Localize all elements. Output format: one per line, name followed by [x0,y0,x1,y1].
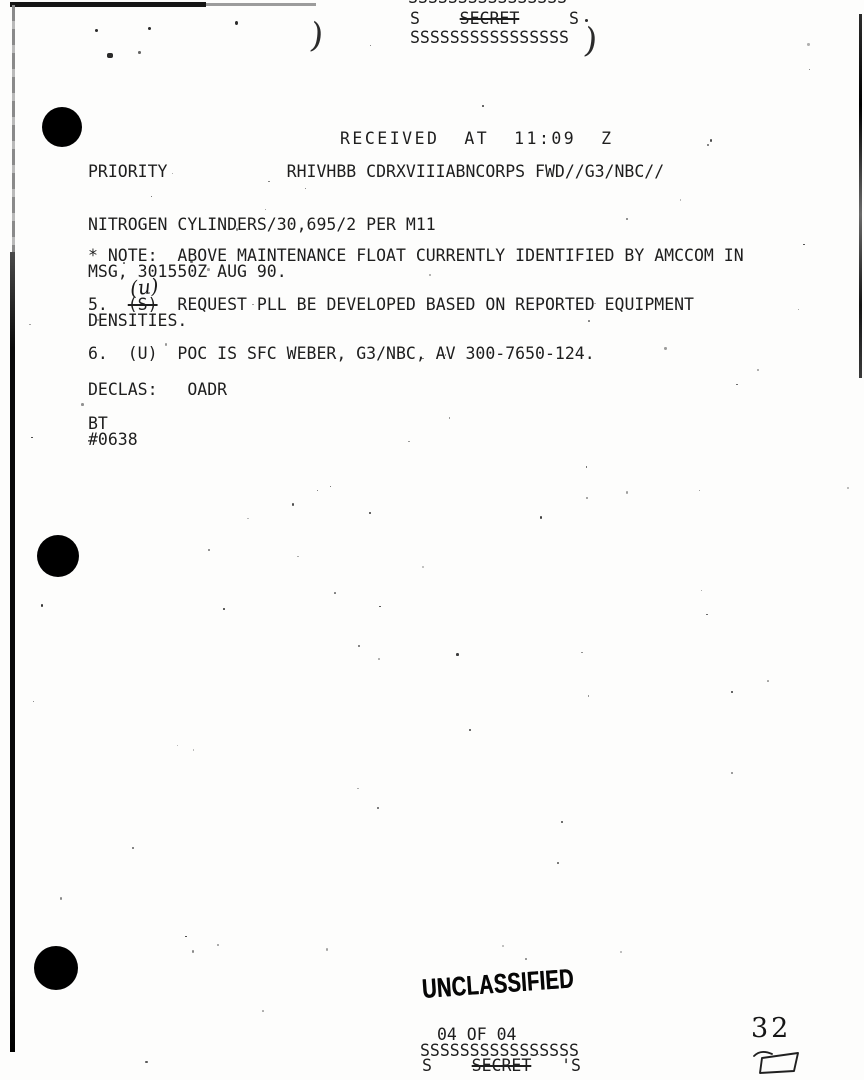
scan-speckle [190,261,192,263]
scan-speckle [235,21,238,25]
scan-speckle [809,69,810,70]
scan-speckle [358,645,360,647]
bt-and-message-number: BT #0638 [88,416,138,448]
scan-speckle [482,105,484,107]
scan-speckle [588,695,589,696]
scan-speckle [297,556,298,557]
scan-speckle [798,309,799,310]
scan-speckle [469,729,471,731]
scan-speckle [81,403,84,406]
scan-speckle [731,691,733,693]
scan-speckle [357,788,359,790]
scan-speckle [581,652,583,654]
footer-classification-prefix: S [422,1056,472,1075]
scan-speckle [330,486,332,488]
paragraph-5-text: REQUEST PLL BE DEVELOPED BASED ON REPORT… [88,295,694,330]
footer-classification-line: S SECRET 'S [422,1058,581,1074]
scan-speckle [334,592,336,594]
subject-line: NITROGEN CYLINDERS/30,695/2 PER M11 [88,217,436,233]
scan-speckle [767,680,769,682]
scan-speckle [626,218,628,220]
scan-speckle [185,936,186,937]
scan-speckle [60,897,62,899]
scan-speckle [525,958,527,960]
scan-speckle [807,43,809,45]
scan-speckle [620,951,622,953]
scan-speckle [699,490,700,491]
scan-speckle [731,772,733,774]
scan-edge-top-faded [206,3,316,6]
header-s-line: SSSSSSSSSSSSSSSS [410,30,569,46]
priority-routing-line: PRIORITY RHIVHBB CDRXVIIIABNCORPS FWD//G… [88,164,664,180]
scan-speckle [268,181,270,183]
scan-speckle [701,590,702,591]
punch-hole-middle [37,535,79,577]
scan-speckle [31,437,32,438]
scan-speckle [586,466,588,468]
scan-edge-right [859,14,862,378]
punch-hole-top [42,107,82,147]
scan-speckle [223,608,225,610]
paragraph-6: 6. (U) POC IS SFC WEBER, G3/NBC, AV 300-… [88,346,595,362]
scan-speckle [262,1010,264,1012]
classification-suffix: S [519,9,579,28]
scanned-document-page: SSSSSSSSSSSSSSSS S SECRET S SSSSSSSSSSSS… [0,0,864,1080]
scan-speckle [422,566,424,568]
scan-speckle [710,139,713,142]
handwritten-box-doodle [750,1045,808,1079]
ink-blot [107,53,113,58]
paragraph-5: 5. (S) REQUEST PLL BE DEVELOPED BASED ON… [88,297,694,329]
scan-speckle [847,487,849,489]
scan-speckle [29,324,31,326]
scan-speckle [132,847,134,849]
scan-speckle [706,614,708,616]
scan-speckle [540,516,542,518]
footer-classification-word-struck: SECRET [472,1056,532,1075]
scan-speckle [95,29,98,32]
scan-speckle [33,701,34,702]
declas-line: DECLAS: OADR [88,382,227,398]
pen-mark-paren-left: ) [308,18,325,53]
note-paragraph: * NOTE: ABOVE MAINTENANCE FLOAT CURRENTL… [88,248,744,280]
scan-speckle [379,606,381,608]
unclassified-stamp: UNCLASSIFIED [421,965,575,1003]
scan-speckle [192,950,194,952]
footer-classification-suffix: 'S [531,1056,581,1075]
scan-speckle [305,188,306,189]
scan-speckle [193,749,195,751]
scan-speckle [460,977,461,978]
scan-speckle [145,1061,148,1064]
scan-speckle [265,209,266,210]
scan-edge-top [10,2,206,7]
punch-hole-bottom [34,946,78,990]
scan-speckle [456,653,459,656]
classification-word-struck: SECRET [460,9,520,28]
scan-speckle [586,497,588,499]
scan-speckle [317,490,318,491]
header-s-line-clipped: SSSSSSSSSSSSSSSS [408,0,567,6]
scan-speckle [208,549,210,551]
classification-prefix: S [410,9,460,28]
scan-speckle [370,45,371,46]
scan-speckle [736,384,737,385]
scan-speckle [217,944,219,946]
received-timestamp-line: RECEIVED AT 11:09 Z [340,131,614,147]
scan-speckle [561,821,562,822]
scan-speckle [803,244,805,246]
scan-edge-left [10,252,15,1052]
scan-speckle [707,144,709,146]
scan-speckle [41,604,43,606]
scan-speckle [445,354,446,355]
scan-speckle [165,343,167,345]
scan-speckle [626,491,629,494]
scan-speckle [757,369,759,371]
scan-speckle [680,199,681,200]
scan-speckle [449,417,451,419]
scan-speckle [664,347,666,349]
scan-speckle [502,945,504,947]
handwritten-page-number: 32 [751,1015,791,1042]
scan-speckle [369,512,371,514]
scan-speckle [177,745,178,746]
scan-edge-left-faded [12,5,15,255]
pen-mark-paren-right: ) [582,23,599,58]
scan-speckle [172,173,173,174]
scan-speckle [557,862,559,864]
scan-speckle [326,948,328,950]
scan-speckle [151,196,152,197]
scan-speckle [247,518,248,519]
scan-speckle [138,51,141,54]
scan-speckle [588,320,590,322]
scan-speckle [292,503,294,505]
header-classification-line: S SECRET S [410,11,579,27]
scan-speckle [148,27,151,30]
scan-speckle [378,658,380,660]
scan-speckle [207,268,210,271]
scan-speckle [377,807,379,809]
scan-speckle [408,441,410,443]
